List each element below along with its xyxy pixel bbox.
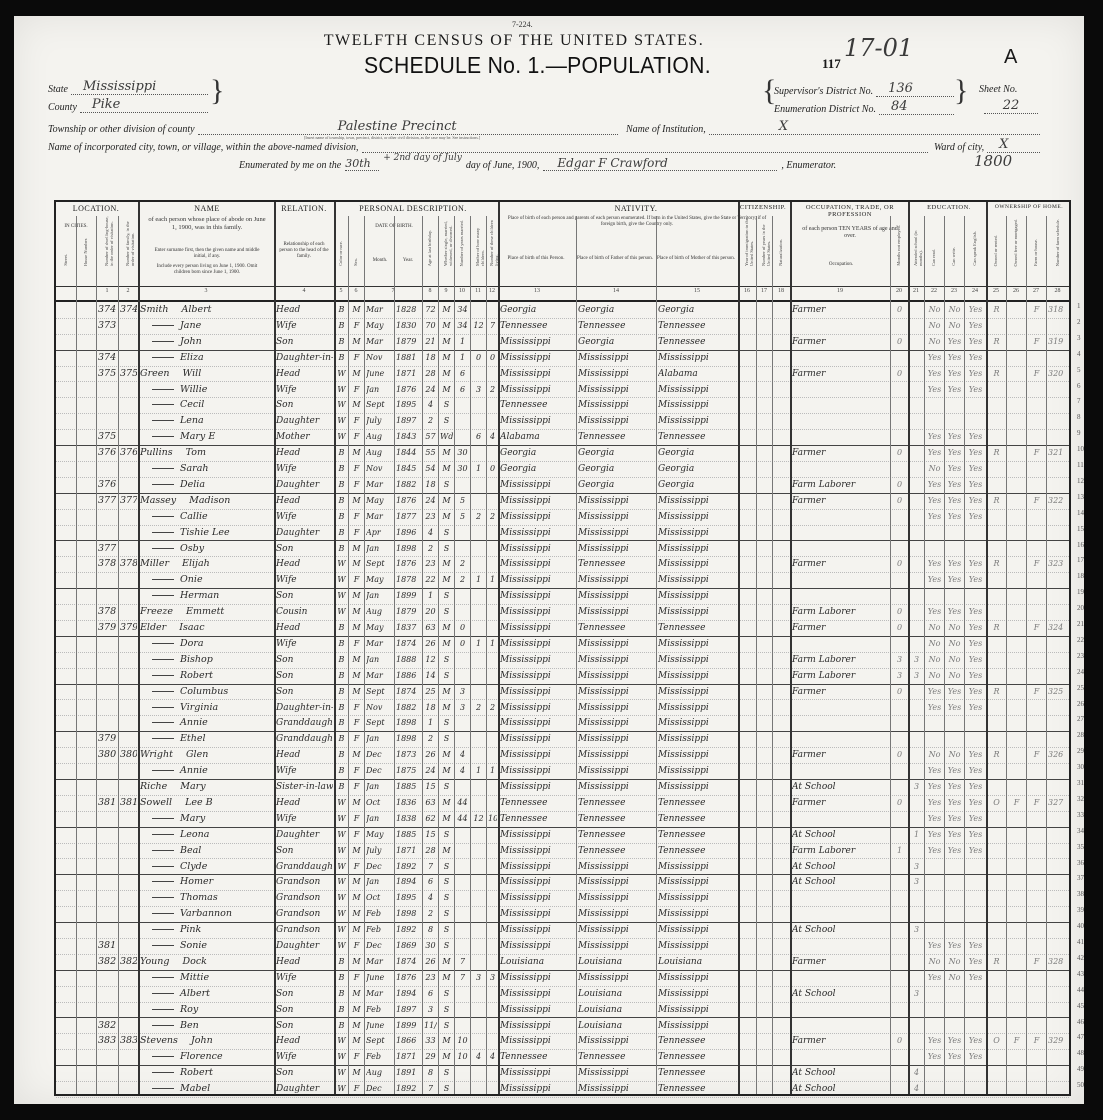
cell-pob: Mississippi xyxy=(500,1018,575,1034)
ward-field: Ward of city, X xyxy=(934,138,1040,153)
cell-schedule: 325 xyxy=(1048,684,1068,700)
cell-color: B xyxy=(336,652,347,668)
cell-pob: Mississippi xyxy=(500,1002,575,1018)
cell-sex: M xyxy=(350,874,363,890)
cell-mother-of xyxy=(472,890,485,906)
cell-unemployed: 0 xyxy=(892,445,907,461)
cell-school xyxy=(910,445,923,461)
ditto-dash xyxy=(152,579,174,580)
cell-read: No xyxy=(926,668,943,684)
cell-name: Mary E xyxy=(140,429,285,445)
cell-relation: Head xyxy=(276,445,333,461)
cell-family xyxy=(120,382,137,398)
table-row: HermanSonWMJan18991SMississippiMississip… xyxy=(56,588,1069,605)
cell-year: 1894 xyxy=(396,874,421,890)
cell-schedule xyxy=(1048,572,1068,588)
header-free-mortgaged: Owned free or mortgaged. xyxy=(1013,219,1018,266)
cell-schedule xyxy=(1048,906,1068,922)
header-owned-rented: Owned or rented. xyxy=(993,235,998,266)
group-citizenship: CITIZENSHIP. xyxy=(738,204,788,211)
cell-living: 1 xyxy=(488,572,497,588)
column-number: 21 xyxy=(908,288,924,294)
cell-relation: Wife xyxy=(276,318,333,334)
cell-marital: S xyxy=(440,890,453,906)
line-number: 40 xyxy=(1077,922,1084,930)
header-color: Color or race. xyxy=(338,241,343,266)
cell-name: Florence xyxy=(140,1049,285,1065)
cell-pob-father: Mississippi xyxy=(578,413,655,429)
cell-write: Yes xyxy=(946,477,963,493)
cell-name: Annie xyxy=(140,763,285,779)
cell-pob-father: Mississippi xyxy=(578,509,655,525)
cell-read xyxy=(926,1065,943,1081)
cell-school xyxy=(910,811,923,827)
cell-school: 3 xyxy=(910,874,923,890)
cell-mother-of xyxy=(472,906,485,922)
cell-dwelling xyxy=(98,668,117,684)
table-row: 381SonieDaughterWFDec186930SMississippiM… xyxy=(56,938,1069,955)
cell-occupation xyxy=(792,318,889,334)
cell-speak: Yes xyxy=(966,477,985,493)
cell-write: No xyxy=(946,954,963,970)
table-row: RobertSonBMMar188614SMississippiMississi… xyxy=(56,668,1069,685)
cell-dwelling xyxy=(98,334,117,350)
cell-relation: Daughter-in-law xyxy=(276,350,333,366)
cell-pob-mother: Mississippi xyxy=(658,604,737,620)
cell-sex: M xyxy=(350,604,363,620)
cell-sex: F xyxy=(350,636,363,652)
cell-schedule xyxy=(1048,970,1068,986)
cell-marital: M xyxy=(440,1049,453,1065)
table-row: 377377Massey MadisonHeadBMMay187624M5Mis… xyxy=(56,493,1069,510)
cell-living: 3 xyxy=(488,970,497,986)
cell-pob-father: Mississippi xyxy=(578,684,655,700)
cell-farm xyxy=(1028,906,1045,922)
ditto-dash xyxy=(152,468,174,469)
cell-month: Feb xyxy=(366,922,393,938)
table-row: ClydeGranddaughterWFDec18927SMississippi… xyxy=(56,859,1069,876)
table-row: ThomasGrandsonWMOct18954SMississippiMiss… xyxy=(56,890,1069,907)
cell-month: June xyxy=(366,366,393,382)
cell-month: Mar xyxy=(366,509,393,525)
cell-name: Sowell Lee B xyxy=(140,795,273,811)
cell-pob: Mississippi xyxy=(500,620,575,636)
cell-owned xyxy=(988,461,1005,477)
cell-schedule xyxy=(1048,541,1068,557)
cell-pob-father: Mississippi xyxy=(578,1065,655,1081)
cell-color: B xyxy=(336,763,347,779)
cell-yrs-married: 3 xyxy=(456,684,469,700)
cell-relation: Grandson xyxy=(276,874,333,890)
cell-yrs-married xyxy=(456,413,469,429)
cell-read: No xyxy=(926,747,943,763)
cell-month: July xyxy=(366,843,393,859)
cell-unemployed xyxy=(892,1065,907,1081)
cell-relation: Daughter xyxy=(276,477,333,493)
cell-age: 24 xyxy=(424,763,437,779)
cell-dwelling xyxy=(98,970,117,986)
cell-living: 0 xyxy=(488,461,497,477)
cell-pob-mother: Louisiana xyxy=(658,954,737,970)
cell-marital: M xyxy=(440,747,453,763)
table-row: AnnieWifeBFDec187524M411MississippiMissi… xyxy=(56,763,1069,780)
cell-family xyxy=(120,906,137,922)
cell-read xyxy=(926,1002,943,1018)
cell-pob: Tennessee xyxy=(500,811,575,827)
enumerated-label: Enumerated by me on the xyxy=(239,160,341,171)
cell-mother-of xyxy=(472,986,485,1002)
enumerator-name: Edgar F Crawford xyxy=(543,156,777,171)
cell-relation: Sister-in-law xyxy=(276,779,333,795)
surname: Riche xyxy=(140,781,170,792)
cell-family xyxy=(120,779,137,795)
cell-marital: S xyxy=(440,874,453,890)
cell-dwelling xyxy=(98,509,117,525)
cell-marital: M xyxy=(440,763,453,779)
header-farm-house: Farm or house. xyxy=(1033,239,1038,266)
surname: Wright xyxy=(140,749,176,760)
cell-occupation: At School xyxy=(792,1065,889,1081)
cell-living xyxy=(488,556,497,572)
column-divider xyxy=(756,216,757,1094)
column-number: 17 xyxy=(756,288,772,294)
cell-living: 7 xyxy=(488,318,497,334)
cell-living: 4 xyxy=(488,429,497,445)
cell-write: Yes xyxy=(946,366,963,382)
cell-unemployed xyxy=(892,715,907,731)
cell-schedule: 326 xyxy=(1048,747,1068,763)
cell-farm xyxy=(1028,604,1045,620)
cell-sex: F xyxy=(350,1049,363,1065)
cell-owned: R xyxy=(988,747,1005,763)
cell-occupation: Farmer xyxy=(792,747,889,763)
cell-relation: Head xyxy=(276,747,333,763)
line-number: 5 xyxy=(1077,366,1081,374)
cell-farm xyxy=(1028,525,1045,541)
cell-month: Jan xyxy=(366,731,393,747)
cell-write: No xyxy=(946,318,963,334)
cell-pob-mother: Mississippi xyxy=(658,779,737,795)
cell-pob: Mississippi xyxy=(500,588,575,604)
cell-sex: F xyxy=(350,859,363,875)
cell-school xyxy=(910,700,923,716)
cell-read: No xyxy=(926,461,943,477)
cell-month: Dec xyxy=(366,747,393,763)
cell-owned xyxy=(988,827,1005,843)
cell-mother-of xyxy=(472,731,485,747)
cell-occupation: Farm Laborer xyxy=(792,477,889,493)
line-number: 20 xyxy=(1077,604,1084,612)
line-number: 4 xyxy=(1077,350,1081,358)
cell-name: Virginia xyxy=(140,700,285,716)
column-divider xyxy=(964,216,965,1094)
cell-color: B xyxy=(336,779,347,795)
ditto-dash xyxy=(152,420,174,421)
ditto-dash xyxy=(152,770,174,771)
cell-name: Albert xyxy=(140,986,285,1002)
cell-owned xyxy=(988,731,1005,747)
cell-schedule: 321 xyxy=(1048,445,1068,461)
cell-schedule: 328 xyxy=(1048,954,1068,970)
cell-school xyxy=(910,906,923,922)
cell-school xyxy=(910,1002,923,1018)
cell-living: 1 xyxy=(488,636,497,652)
cell-dwelling xyxy=(98,1049,117,1065)
cell-yrs-married: 44 xyxy=(456,795,469,811)
cell-pob: Mississippi xyxy=(500,636,575,652)
given-name: Virginia xyxy=(180,702,218,713)
cell-relation: Daughter xyxy=(276,413,333,429)
cell-color: B xyxy=(336,986,347,1002)
cell-sex: M xyxy=(350,1033,363,1049)
cell-farm xyxy=(1028,922,1045,938)
cell-age: 2 xyxy=(424,731,437,747)
cell-pob: Mississippi xyxy=(500,1033,575,1049)
cell-unemployed: 3 xyxy=(892,668,907,684)
city-label: Name of incorporated city, town, or vill… xyxy=(48,142,359,153)
cell-read: No xyxy=(926,636,943,652)
cell-color: W xyxy=(336,795,347,811)
cell-pob: Mississippi xyxy=(500,572,575,588)
surname: Smith xyxy=(140,304,172,315)
cell-occupation xyxy=(792,906,889,922)
line-number: 11 xyxy=(1077,461,1084,469)
cell-family xyxy=(120,1018,137,1034)
cell-school xyxy=(910,1049,923,1065)
given-name: John xyxy=(180,336,202,347)
cell-marital: M xyxy=(440,318,453,334)
cell-read xyxy=(926,922,943,938)
table-row: 383383Stevens JohnHeadWMSept186633M10Mis… xyxy=(56,1033,1069,1050)
cell-school xyxy=(910,366,923,382)
cell-family xyxy=(120,350,137,366)
cell-color: B xyxy=(336,493,347,509)
cell-living: 2 xyxy=(488,509,497,525)
cell-relation: Granddaughter xyxy=(276,859,333,875)
cell-speak: Yes xyxy=(966,429,985,445)
cell-month: Dec xyxy=(366,938,393,954)
cell-mother-of: 1 xyxy=(472,461,485,477)
cell-marital: M xyxy=(440,461,453,477)
cell-owned: R xyxy=(988,366,1005,382)
cell-pob: Mississippi xyxy=(500,843,575,859)
cell-occupation xyxy=(792,636,889,652)
cell-mother-of xyxy=(472,954,485,970)
cell-name: Cecil xyxy=(140,397,285,413)
cell-school xyxy=(910,763,923,779)
cell-unemployed xyxy=(892,588,907,604)
cell-age: 72 xyxy=(424,302,437,318)
cell-family xyxy=(120,970,137,986)
column-divider xyxy=(118,216,119,1094)
table-row: PinkGrandsonWMFeb18928SMississippiMissis… xyxy=(56,922,1069,939)
cell-school xyxy=(910,493,923,509)
cell-name: Tishie Lee xyxy=(140,525,285,541)
header-naturalization: Naturalization. xyxy=(778,239,783,266)
cell-marital: M xyxy=(440,1033,453,1049)
cell-dwelling xyxy=(98,1002,117,1018)
cell-pob-mother: Mississippi xyxy=(658,684,737,700)
cell-living: 10 xyxy=(488,811,497,827)
cell-owned xyxy=(988,318,1005,334)
cell-yrs-married: 7 xyxy=(456,970,469,986)
cell-age: 4 xyxy=(424,525,437,541)
header-street: Street. xyxy=(63,254,68,266)
cell-dwelling: 383 xyxy=(98,1033,117,1049)
cell-mortgage xyxy=(1008,572,1025,588)
cell-unemployed xyxy=(892,541,907,557)
cell-color: W xyxy=(336,906,347,922)
cell-write xyxy=(946,413,963,429)
cell-family xyxy=(120,1002,137,1018)
cell-name: Pink xyxy=(140,922,285,938)
county-value: Pike xyxy=(92,97,120,112)
surname: Green xyxy=(140,368,173,379)
cell-occupation xyxy=(792,382,889,398)
cell-school xyxy=(910,747,923,763)
cell-mother-of: 12 xyxy=(472,318,485,334)
cell-farm xyxy=(1028,890,1045,906)
cell-pob: Mississippi xyxy=(500,509,575,525)
column-number: 2 xyxy=(118,288,138,294)
cell-mother-of: 0 xyxy=(472,350,485,366)
cell-farm: F xyxy=(1028,493,1045,509)
cell-month: Jan xyxy=(366,779,393,795)
cell-living xyxy=(488,890,497,906)
cell-mother-of: 2 xyxy=(472,509,485,525)
cell-year: 1897 xyxy=(396,1002,421,1018)
cell-pob-mother: Mississippi xyxy=(658,509,737,525)
table-row: 382382Young DockHeadBMMar187426M7Louisia… xyxy=(56,954,1069,971)
cell-write: Yes xyxy=(946,350,963,366)
cell-name: Herman xyxy=(140,588,285,604)
column-divider xyxy=(790,202,792,1094)
cell-pob-father: Georgia xyxy=(578,302,655,318)
cell-occupation: Farm Laborer xyxy=(792,652,889,668)
line-number: 24 xyxy=(1077,668,1084,676)
cell-age: 70 xyxy=(424,318,437,334)
cell-sex: M xyxy=(350,445,363,461)
cell-speak: Yes xyxy=(966,652,985,668)
cell-color: W xyxy=(336,1033,347,1049)
cell-sex: M xyxy=(350,302,363,318)
cell-pob-father: Mississippi xyxy=(578,890,655,906)
table-row: 376DeliaDaughterBFMar188218SMississippiG… xyxy=(56,477,1069,494)
group-location: LOCATION. xyxy=(56,204,136,213)
group-relation: RELATION. xyxy=(274,204,334,213)
cell-name: Varbannon xyxy=(140,906,285,922)
header-months-unemployed: Months not employed. xyxy=(896,225,901,266)
cell-pob-father: Tennessee xyxy=(578,827,655,843)
cell-read xyxy=(926,588,943,604)
cell-age: 25 xyxy=(424,684,437,700)
cell-year: 1879 xyxy=(396,604,421,620)
cell-unemployed: 0 xyxy=(892,477,907,493)
cell-family: 379 xyxy=(120,620,137,636)
cell-speak xyxy=(966,1065,985,1081)
cell-pob-father: Mississippi xyxy=(578,938,655,954)
cell-pob: Tennessee xyxy=(500,318,575,334)
given-name: Mary E xyxy=(180,431,215,442)
cell-mortgage xyxy=(1008,318,1025,334)
given-name: Glen xyxy=(186,749,208,760)
cell-dwelling xyxy=(98,811,117,827)
cell-occupation xyxy=(792,890,889,906)
cell-year: 1892 xyxy=(396,1081,421,1097)
given-name: Madison xyxy=(189,495,230,506)
cell-sex: M xyxy=(350,556,363,572)
cell-relation: Head xyxy=(276,302,333,318)
line-number: 9 xyxy=(1077,429,1081,437)
table-header: LOCATION. IN CITIES. NAME of each person… xyxy=(56,202,1069,287)
cell-sex: M xyxy=(350,684,363,700)
cell-age: 3 xyxy=(424,1002,437,1018)
cell-age: 15 xyxy=(424,779,437,795)
cell-marital: S xyxy=(440,652,453,668)
cell-occupation xyxy=(792,970,889,986)
cell-farm xyxy=(1028,318,1045,334)
table-row: MabelDaughterWFDec18927SMississippiMissi… xyxy=(56,1081,1069,1098)
table-row: 374ElizaDaughter-in-lawBFNov188118M100Mi… xyxy=(56,350,1069,367)
cell-schedule xyxy=(1048,604,1068,620)
cell-speak: Yes xyxy=(966,636,985,652)
name-note-2: Include every person living on June 1, 1… xyxy=(148,264,266,276)
cell-dwelling: 382 xyxy=(98,954,117,970)
cell-unemployed: 0 xyxy=(892,334,907,350)
cell-living: 1 xyxy=(488,763,497,779)
column-number: 26 xyxy=(1006,288,1026,294)
cell-age: 2 xyxy=(424,413,437,429)
cell-read: Yes xyxy=(926,572,943,588)
cell-school xyxy=(910,604,923,620)
cell-name: Bishop xyxy=(140,652,285,668)
cell-owned: O xyxy=(988,795,1005,811)
cell-pob: Mississippi xyxy=(500,668,575,684)
cell-speak: Yes xyxy=(966,1033,985,1049)
cell-owned xyxy=(988,811,1005,827)
state-field: State Mississippi xyxy=(48,80,208,95)
cell-owned: R xyxy=(988,302,1005,318)
table-row: 376376Pullins TomHeadBMAug184455M30Georg… xyxy=(56,445,1069,462)
cell-speak xyxy=(966,731,985,747)
cell-year: 1876 xyxy=(396,556,421,572)
cell-color: W xyxy=(336,874,347,890)
ward-value: X xyxy=(999,137,1008,152)
cell-pob: Mississippi xyxy=(500,684,575,700)
header-mother-of: Mother of how many children. xyxy=(475,214,485,266)
cell-family xyxy=(120,509,137,525)
cell-mortgage xyxy=(1008,763,1025,779)
cell-mortgage xyxy=(1008,700,1025,716)
cell-yrs-married xyxy=(456,731,469,747)
cell-read xyxy=(926,906,943,922)
cell-living xyxy=(488,874,497,890)
cell-schedule xyxy=(1048,715,1068,731)
cell-farm xyxy=(1028,429,1045,445)
cell-color: W xyxy=(336,556,347,572)
cell-age: 8 xyxy=(424,922,437,938)
cell-owned: R xyxy=(988,445,1005,461)
cell-owned xyxy=(988,604,1005,620)
cell-relation: Wife xyxy=(276,1049,333,1065)
cell-mortgage xyxy=(1008,811,1025,827)
cell-owned: R xyxy=(988,684,1005,700)
cell-mortgage xyxy=(1008,445,1025,461)
cell-year: 1828 xyxy=(396,302,421,318)
cell-pob: Mississippi xyxy=(500,652,575,668)
cell-read: Yes xyxy=(926,445,943,461)
table-row: FlorenceWifeWFFeb187129M1044TennesseeTen… xyxy=(56,1049,1069,1066)
